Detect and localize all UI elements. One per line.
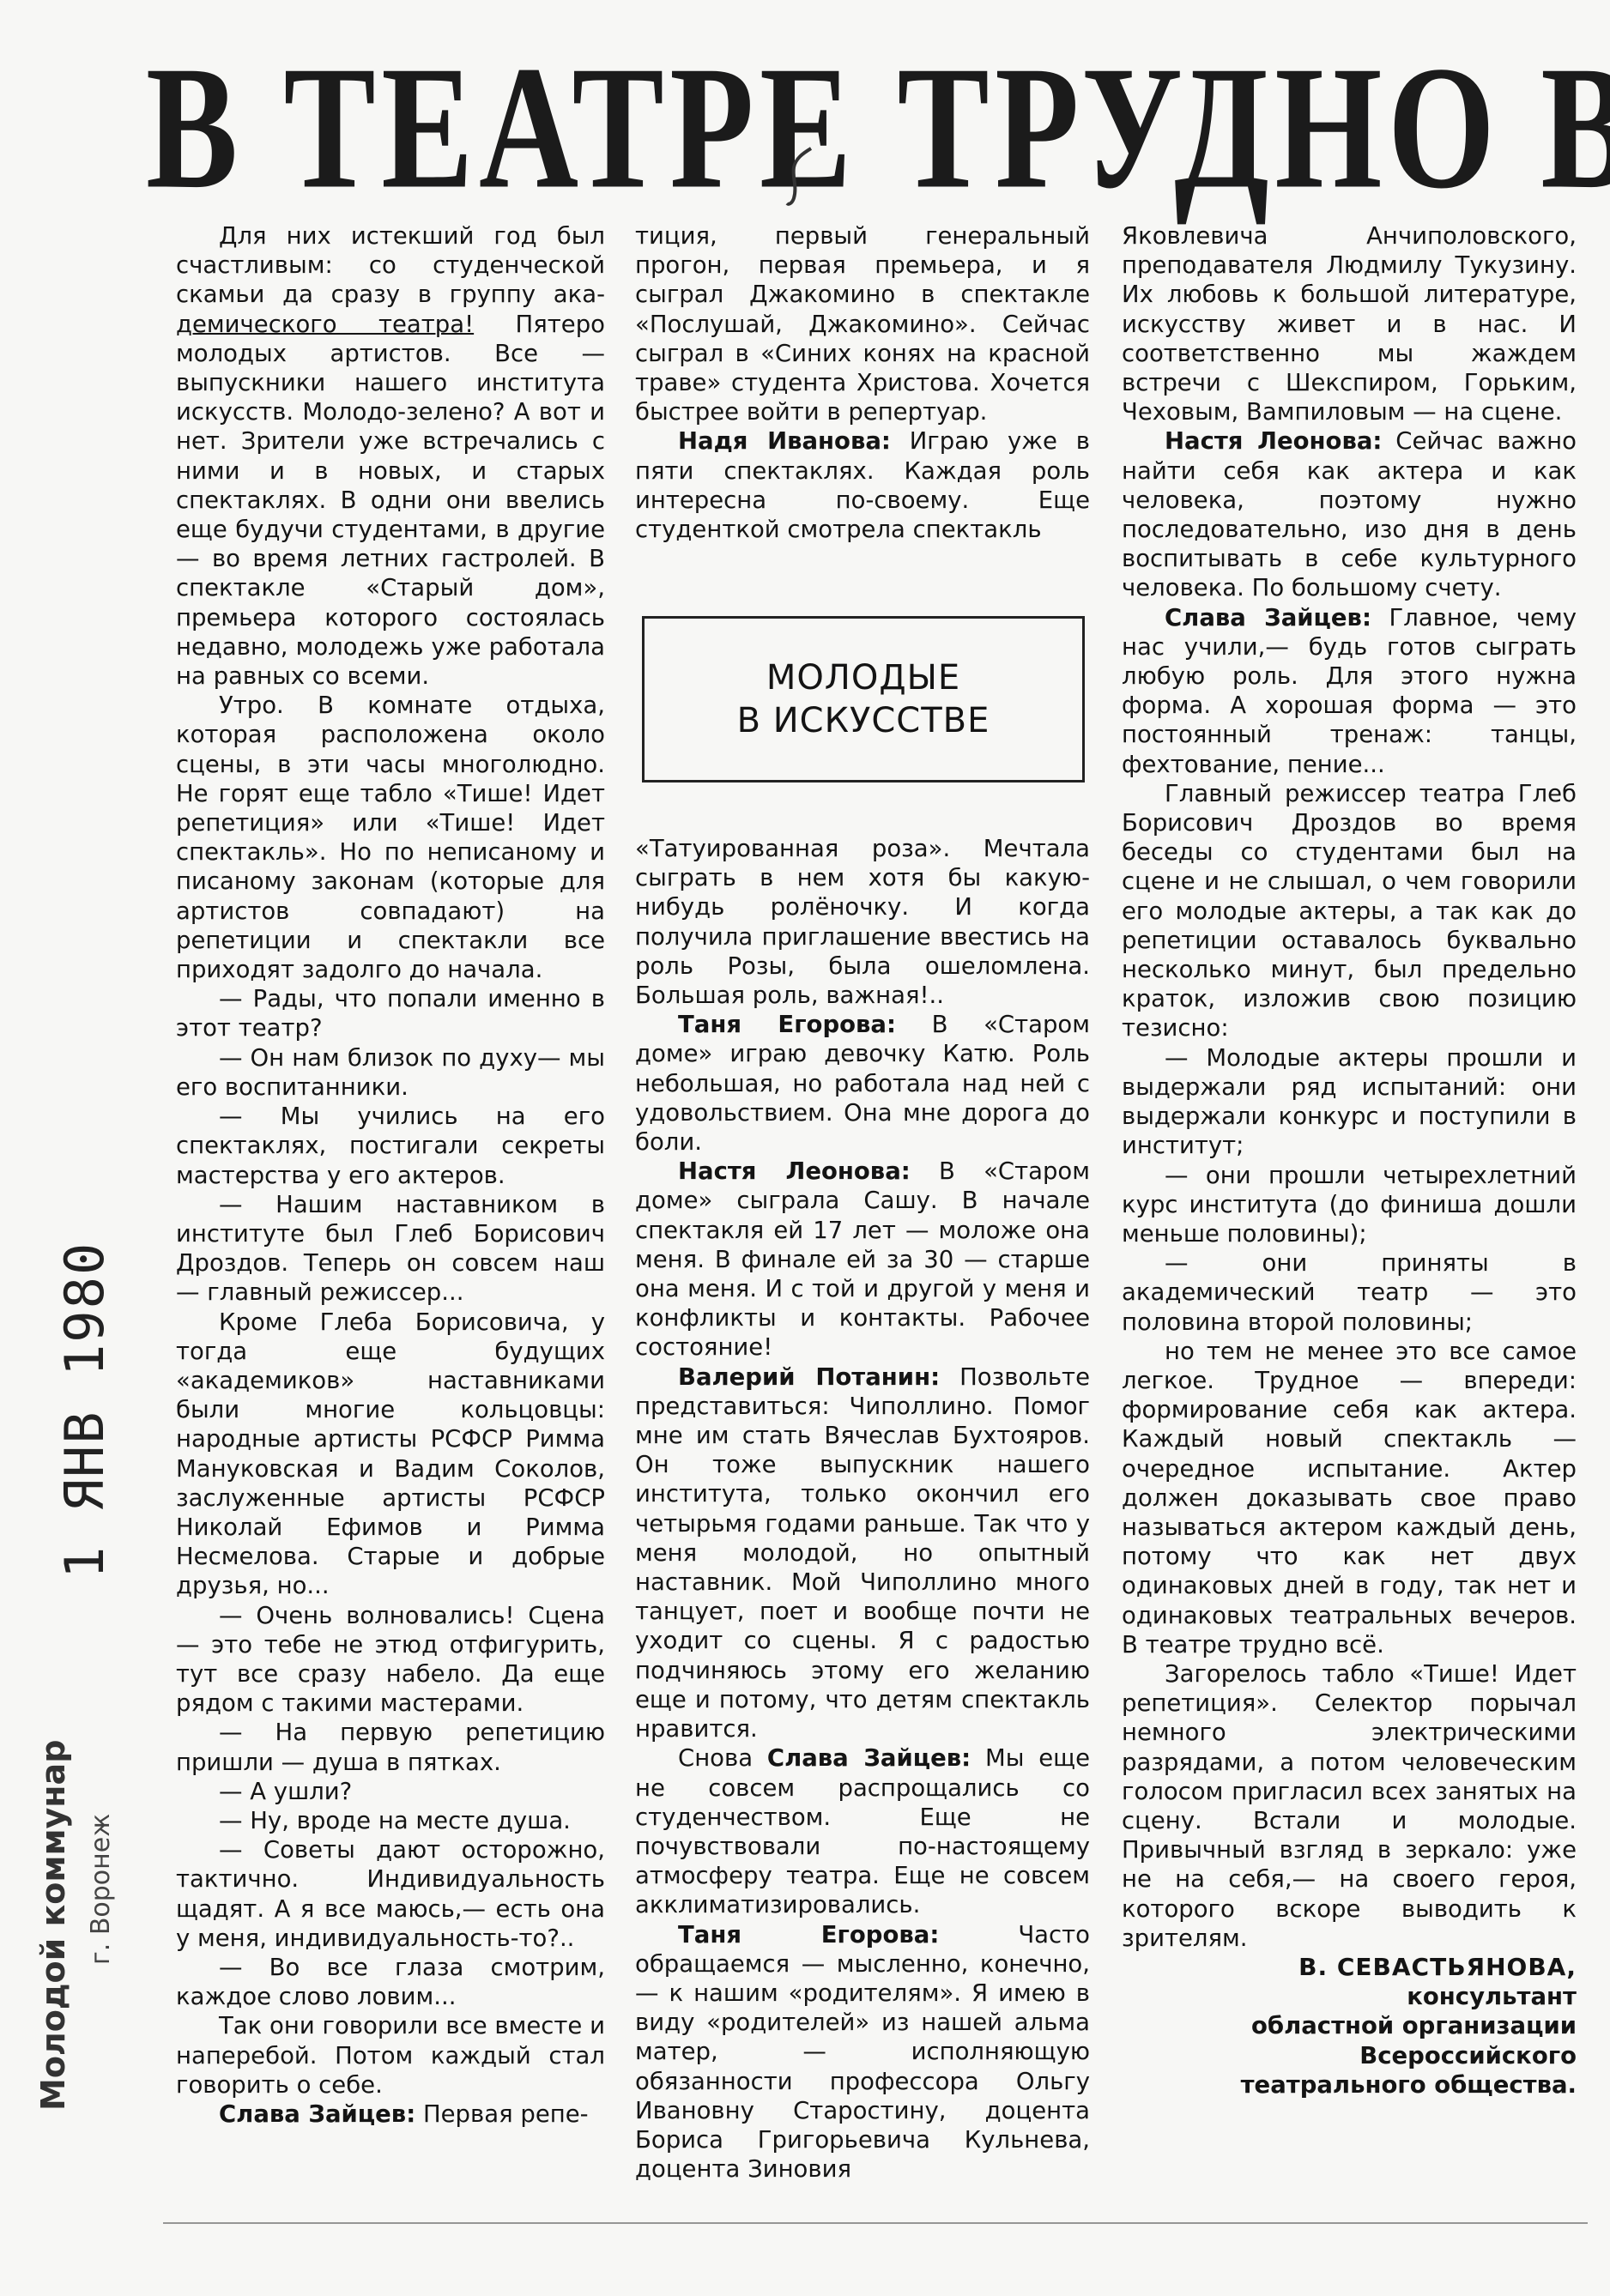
paragraph: — они прошли четырехлетний курс институт… xyxy=(1122,1161,1577,1249)
author-title: областной организации xyxy=(1122,2011,1577,2040)
article-column-2-bottom: «Татуированная роза». Мечтала сыграть в … xyxy=(635,834,1090,2184)
paragraph: Часто обращаемся — мысленно, конечно,— к… xyxy=(635,1921,1090,2184)
paragraph: — они приняты в академический театр — эт… xyxy=(1122,1248,1577,1337)
paragraph: Для них истекший год был счастливым: со … xyxy=(176,222,605,308)
speaker-name: Таня Егорова: xyxy=(678,1011,896,1038)
paragraph: Кроме Глеба Борисовича, у тогда еще буду… xyxy=(176,1308,605,1601)
newspaper-city: г. Воронеж xyxy=(86,1853,116,1965)
paragraph: Первая репе- xyxy=(415,2100,588,2128)
paragraph: Пятеро молодых артистов. Все — выпускник… xyxy=(176,311,605,690)
author-title: консультант xyxy=(1122,1982,1577,2011)
speaker-name: Надя Иванова: xyxy=(678,427,891,455)
paragraph: Загорелось табло «Тише! Идет репетиция».… xyxy=(1122,1659,1577,1953)
paragraph: Так они говорили все вместе и наперебой.… xyxy=(176,2011,605,2100)
rubric-line-2: В ИСКУССТВЕ xyxy=(737,699,990,742)
speaker-name: Валерий Потанин: xyxy=(678,1363,940,1391)
paragraph: — Он нам близок по духу— мы его воспитан… xyxy=(176,1043,605,1102)
author-title: Всероссийского xyxy=(1122,2041,1577,2070)
rubric-box: МОЛОДЫЕ В ИСКУССТВЕ xyxy=(642,616,1085,782)
article-column-1: Для них истекший год был счастливым: со … xyxy=(176,221,605,2129)
author-signature: В. СЕВАСТЬЯНОВА, консультант областной о… xyxy=(1122,1953,1577,2100)
paragraph: — Мы учились на его спектаклях, постигал… xyxy=(176,1102,605,1190)
author-title: театрального общества. xyxy=(1122,2070,1577,2100)
paragraph: Яковлевича Анчиполовского, преподавателя… xyxy=(1122,221,1577,426)
author-name: В. СЕВАСТЬЯНОВА, xyxy=(1122,1953,1577,1982)
handwritten-mark-icon xyxy=(785,142,820,210)
paragraph: Главный режиссер театра Глеб Борисович Д… xyxy=(1122,779,1577,1043)
rubric-line-1: МОЛОДЫЕ xyxy=(766,656,960,699)
speaker-name: Таня Егорова: xyxy=(678,1921,939,1949)
paragraph-prefix: Снова xyxy=(678,1744,767,1772)
newspaper-name: Молодой коммунар xyxy=(34,1999,72,2111)
article-headline: В ТЕАТРЕ ТРУДНО ВСЁ xyxy=(146,51,1329,204)
article-column-2-top: тиция, первый генеральный прогон, первая… xyxy=(635,221,1090,544)
paragraph: Утро. В комнате отдыха, которая располож… xyxy=(176,691,605,984)
paragraph: — Молодые актеры прошли и выдержали ряд … xyxy=(1122,1043,1577,1161)
paragraph: — Ну, вроде на месте душа. xyxy=(176,1806,605,1835)
paragraph: — Нашим наставником в институте был Глеб… xyxy=(176,1190,605,1308)
paragraph: тиция, первый генеральный прогон, первая… xyxy=(635,221,1090,426)
speaker-name: Настя Леонова: xyxy=(678,1157,911,1185)
speaker-name: Настя Леонова: xyxy=(1165,427,1382,455)
paragraph: но тем не менее это все самое легкое. Тр… xyxy=(1122,1337,1577,1659)
article-column-3: Яковлевича Анчиполовского, преподавателя… xyxy=(1122,221,1577,2100)
paragraph: Позвольте представиться: Чиполлино. Помо… xyxy=(635,1363,1090,1743)
paragraph: В «Старом доме» сыграла Сашу. В начале с… xyxy=(635,1157,1090,1361)
speaker-name: Слава Зайцев: xyxy=(219,2100,415,2128)
paragraph: — Советы дают осторожно, тактично. Индив… xyxy=(176,1835,605,1953)
speaker-name: Слава Зайцев: xyxy=(767,1744,971,1772)
underlined-phrase: демического театра! xyxy=(176,311,474,338)
paragraph: — Рады, что попали именно в этот театр? xyxy=(176,984,605,1042)
paragraph: — А ушли? xyxy=(176,1777,605,1806)
paragraph: — Во все глаза смотрим, каждое слово лов… xyxy=(176,1953,605,2011)
bottom-rule xyxy=(163,2222,1588,2224)
paragraph: «Татуированная роза». Мечтала сыграть в … xyxy=(635,834,1090,1010)
date-stamp: 1 ЯНВ 1980 xyxy=(53,1467,116,1579)
paragraph: — Очень волновались! Сцена — это тебе не… xyxy=(176,1601,605,1719)
paragraph: — На первую репетицию пришли — душа в пя… xyxy=(176,1718,605,1776)
speaker-name: Слава Зайцев: xyxy=(1165,604,1371,631)
